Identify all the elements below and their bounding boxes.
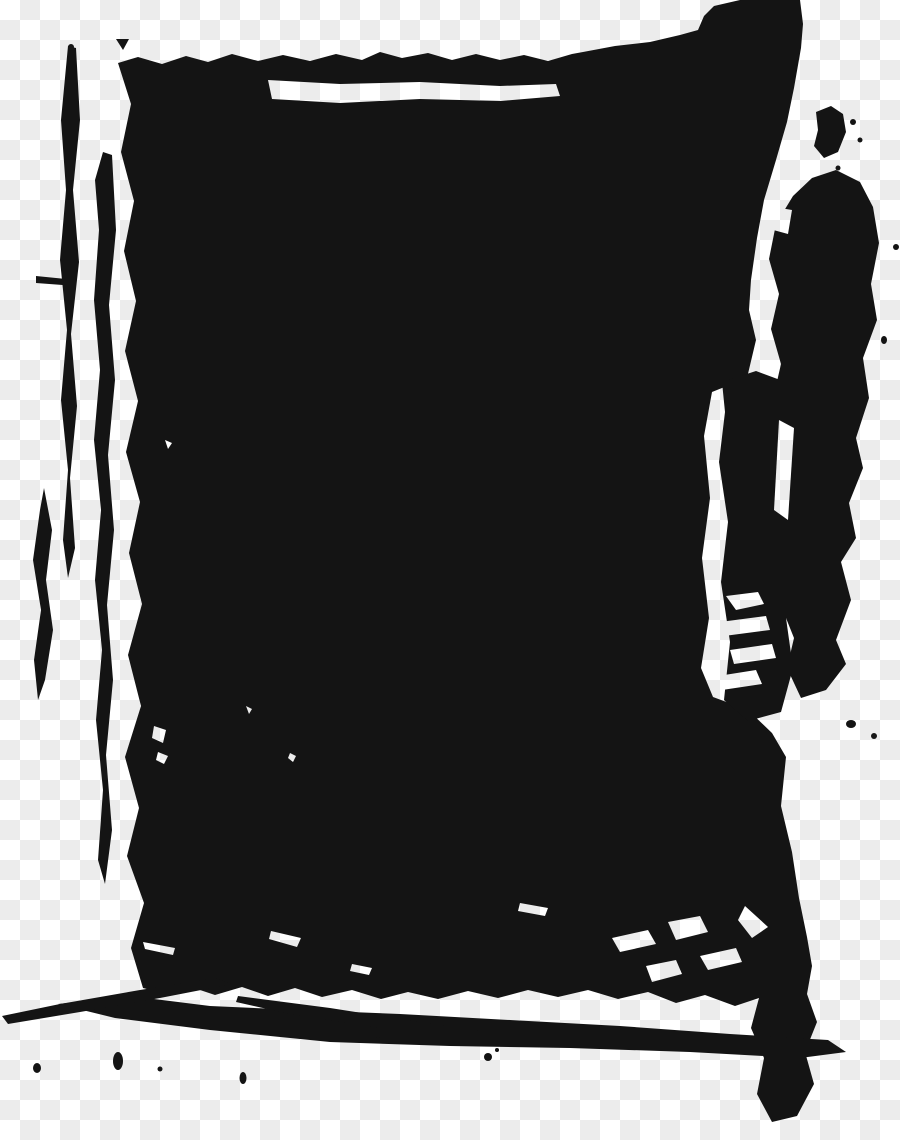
splatter-dot	[240, 1072, 247, 1084]
splatter-dot	[495, 1048, 499, 1052]
splatter-dot	[484, 1053, 492, 1061]
ink-layer	[2, 0, 879, 1122]
splatter-dot	[871, 733, 877, 739]
splatter-dot	[158, 1067, 163, 1072]
splatter-dot	[836, 166, 841, 171]
splatter-dot	[881, 336, 887, 344]
grunge-brush-frame-graphic	[0, 0, 900, 1140]
splatter-dot	[893, 244, 899, 250]
splatter-dot	[376, 1037, 381, 1043]
splatter-dot	[858, 138, 863, 143]
image-canvas	[0, 0, 900, 1140]
splatter-dot	[850, 119, 856, 125]
splatter-dot	[846, 720, 856, 728]
splatter-dot	[113, 1052, 123, 1070]
splatter-dot	[33, 1063, 41, 1073]
splatter-dot	[68, 44, 74, 50]
